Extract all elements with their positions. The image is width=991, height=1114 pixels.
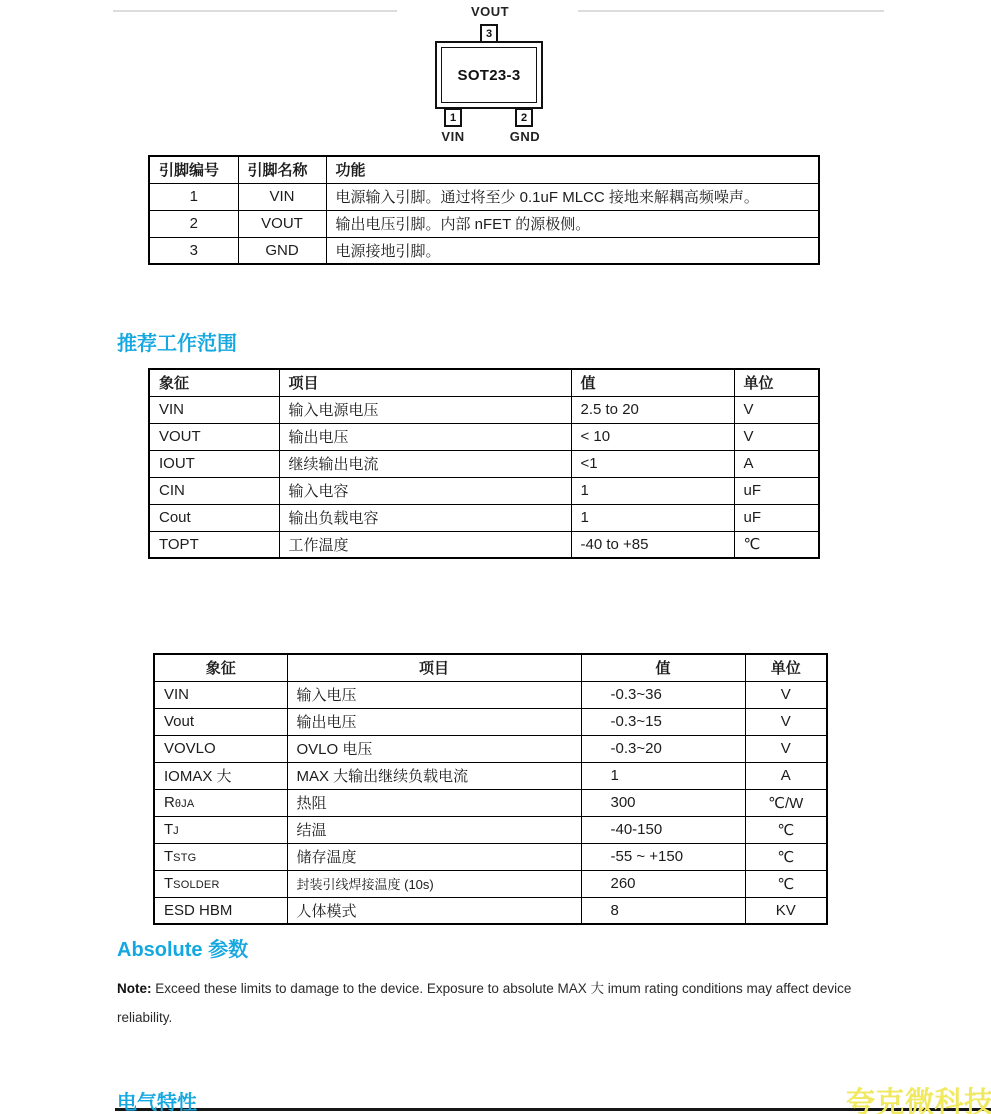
item-cell: 人体模式: [287, 897, 581, 924]
value-cell: 8: [581, 897, 745, 924]
package-body: SOT23-3: [435, 41, 543, 109]
col-header-value: 值: [581, 654, 745, 681]
pin-3-number: 3: [486, 28, 492, 40]
recommended-range-table: 象征 项目 值 单位 VIN 输入电源电压 2.5 to 20 V VOUT 输…: [148, 368, 820, 559]
symbol-cell: VIN: [149, 396, 279, 423]
absolute-max-table: 象征 项目 值 单位 VIN 输入电压 -0.3~36 V Vout 输出电压 …: [153, 653, 828, 925]
table-row: VOUT 输出电压 < 10 V: [149, 423, 819, 450]
pin-number-cell: 3: [149, 237, 238, 264]
pin-name-cell: GND: [238, 237, 326, 264]
table-row: ESD HBM 人体模式 8 KV: [154, 897, 827, 924]
table-row: VOVLO OVLO 电压 -0.3~20 V: [154, 735, 827, 762]
pin-label-gnd: GND: [495, 129, 555, 144]
unit-cell: V: [734, 396, 819, 423]
unit-cell: ℃/W: [745, 789, 827, 816]
col-header-unit: 单位: [734, 369, 819, 396]
pin-name-cell: VIN: [238, 183, 326, 210]
unit-cell: V: [734, 423, 819, 450]
col-header-value: 值: [571, 369, 734, 396]
pin-label-vout: VOUT: [459, 4, 521, 19]
unit-cell: V: [745, 681, 827, 708]
symbol-cell: TSOLDER: [154, 870, 287, 897]
item-cell: 输出电压: [287, 708, 581, 735]
pin-label-vin: VIN: [423, 129, 483, 144]
table-row: VIN 输入电源电压 2.5 to 20 V: [149, 396, 819, 423]
pin-number-cell: 1: [149, 183, 238, 210]
item-cell: MAX 大输出继续负载电流: [287, 762, 581, 789]
symbol-cell: IOMAX 大: [154, 762, 287, 789]
col-header-pin-number: 引脚编号: [149, 156, 238, 183]
item-cell: 输入电压: [287, 681, 581, 708]
absolute-note: Note: Exceed these limits to damage to t…: [117, 974, 879, 1032]
value-cell: -0.3~36: [581, 681, 745, 708]
item-cell: 工作温度: [279, 531, 571, 558]
pin-function-cell: 电源输入引脚。通过将至少 0.1uF MLCC 接地来解耦高频噪声。: [326, 183, 819, 210]
symbol-cell: CIN: [149, 477, 279, 504]
pin-function-cell: 电源接地引脚。: [326, 237, 819, 264]
col-header-symbol: 象征: [154, 654, 287, 681]
item-cell: 输出电压: [279, 423, 571, 450]
value-cell: -0.3~20: [581, 735, 745, 762]
value-cell: < 10: [571, 423, 734, 450]
symbol-cell: IOUT: [149, 450, 279, 477]
pin-2-number: 2: [521, 112, 527, 124]
pin-number-cell: 2: [149, 210, 238, 237]
value-cell: 300: [581, 789, 745, 816]
table-header-row: 象征 项目 值 单位: [154, 654, 827, 681]
item-cell: 结温: [287, 816, 581, 843]
symbol-cell: TOPT: [149, 531, 279, 558]
watermark-logo-text: 夸克微科技: [846, 1080, 991, 1114]
table-header-row: 引脚编号 引脚名称 功能: [149, 156, 819, 183]
table-row: VIN 输入电压 -0.3~36 V: [154, 681, 827, 708]
item-cell: 输入电容: [279, 477, 571, 504]
item-cell: 继续输出电流: [279, 450, 571, 477]
value-cell: <1: [571, 450, 734, 477]
item-cell: 封装引线焊接温度 (10s): [287, 870, 581, 897]
pin-1-number: 1: [450, 112, 456, 124]
symbol-cell: ESD HBM: [154, 897, 287, 924]
value-cell: -0.3~15: [581, 708, 745, 735]
table-row: 1 VIN 电源输入引脚。通过将至少 0.1uF MLCC 接地来解耦高频噪声。: [149, 183, 819, 210]
symbol-cell: VOUT: [149, 423, 279, 450]
col-header-item: 项目: [287, 654, 581, 681]
section-title-absolute: Absolute 参数: [117, 933, 248, 962]
unit-cell: V: [745, 708, 827, 735]
symbol-cell: VIN: [154, 681, 287, 708]
symbol-cell: VOVLO: [154, 735, 287, 762]
note-text: Exceed these limits to damage to the dev…: [117, 981, 851, 1025]
symbol-cell: TJ: [154, 816, 287, 843]
col-header-item: 项目: [279, 369, 571, 396]
pin-function-cell: 输出电压引脚。内部 nFET 的源极侧。: [326, 210, 819, 237]
table-row: Vout 输出电压 -0.3~15 V: [154, 708, 827, 735]
table-row: TSTG 储存温度 -55 ~ +150 ℃: [154, 843, 827, 870]
table-row: IOMAX 大 MAX 大输出继续负载电流 1 A: [154, 762, 827, 789]
package-body-inner: SOT23-3: [441, 47, 537, 103]
pin-function-table: 引脚编号 引脚名称 功能 1 VIN 电源输入引脚。通过将至少 0.1uF ML…: [148, 155, 820, 265]
col-header-unit: 单位: [745, 654, 827, 681]
section-title-recommended-range: 推荐工作范围: [117, 327, 237, 356]
table-row: TOPT 工作温度 -40 to +85 ℃: [149, 531, 819, 558]
item-cell: OVLO 电压: [287, 735, 581, 762]
item-cell: 输出负载电容: [279, 504, 571, 531]
table-row: TJ 结温 -40-150 ℃: [154, 816, 827, 843]
table-header-row: 象征 项目 值 单位: [149, 369, 819, 396]
table-row: 2 VOUT 输出电压引脚。内部 nFET 的源极侧。: [149, 210, 819, 237]
pin-name-cell: VOUT: [238, 210, 326, 237]
pin-1-box: 1: [444, 108, 462, 127]
value-cell: -40-150: [581, 816, 745, 843]
value-cell: 2.5 to 20: [571, 396, 734, 423]
top-decor-line-left: [113, 10, 397, 12]
unit-cell: ℃: [745, 816, 827, 843]
unit-cell: ℃: [734, 531, 819, 558]
value-cell: 1: [571, 477, 734, 504]
unit-cell: uF: [734, 477, 819, 504]
item-cell: 热阻: [287, 789, 581, 816]
unit-cell: V: [745, 735, 827, 762]
pin-2-box: 2: [515, 108, 533, 127]
unit-cell: uF: [734, 504, 819, 531]
unit-cell: ℃: [745, 843, 827, 870]
table-row: 3 GND 电源接地引脚。: [149, 237, 819, 264]
value-cell: 1: [571, 504, 734, 531]
col-header-symbol: 象征: [149, 369, 279, 396]
table-row: CIN 输入电容 1 uF: [149, 477, 819, 504]
unit-cell: ℃: [745, 870, 827, 897]
value-cell: -40 to +85: [571, 531, 734, 558]
unit-cell: KV: [745, 897, 827, 924]
item-cell: 输入电源电压: [279, 396, 571, 423]
symbol-cell: TSTG: [154, 843, 287, 870]
unit-cell: A: [734, 450, 819, 477]
table-row: Cout 输出负载电容 1 uF: [149, 504, 819, 531]
top-decor-line-right: [578, 10, 884, 12]
item-cell: 储存温度: [287, 843, 581, 870]
symbol-cell: Cout: [149, 504, 279, 531]
table-row: RθJA 热阻 300 ℃/W: [154, 789, 827, 816]
unit-cell: A: [745, 762, 827, 789]
value-cell: 1: [581, 762, 745, 789]
value-cell: -55 ~ +150: [581, 843, 745, 870]
col-header-pin-name: 引脚名称: [238, 156, 326, 183]
table-row: IOUT 继续输出电流 <1 A: [149, 450, 819, 477]
datasheet-page: VOUT 3 SOT23-3 1 2 VIN GND 引脚编号 引脚名称 功能 …: [0, 0, 991, 1114]
package-name: SOT23-3: [458, 67, 521, 84]
value-cell: 260: [581, 870, 745, 897]
pin-3-box: 3: [480, 24, 498, 43]
symbol-cell: RθJA: [154, 789, 287, 816]
table-row: TSOLDER 封装引线焊接温度 (10s) 260 ℃: [154, 870, 827, 897]
note-label: Note:: [117, 981, 152, 996]
col-header-function: 功能: [326, 156, 819, 183]
section-title-electrical: 电气特性: [117, 1086, 197, 1114]
symbol-cell: Vout: [154, 708, 287, 735]
